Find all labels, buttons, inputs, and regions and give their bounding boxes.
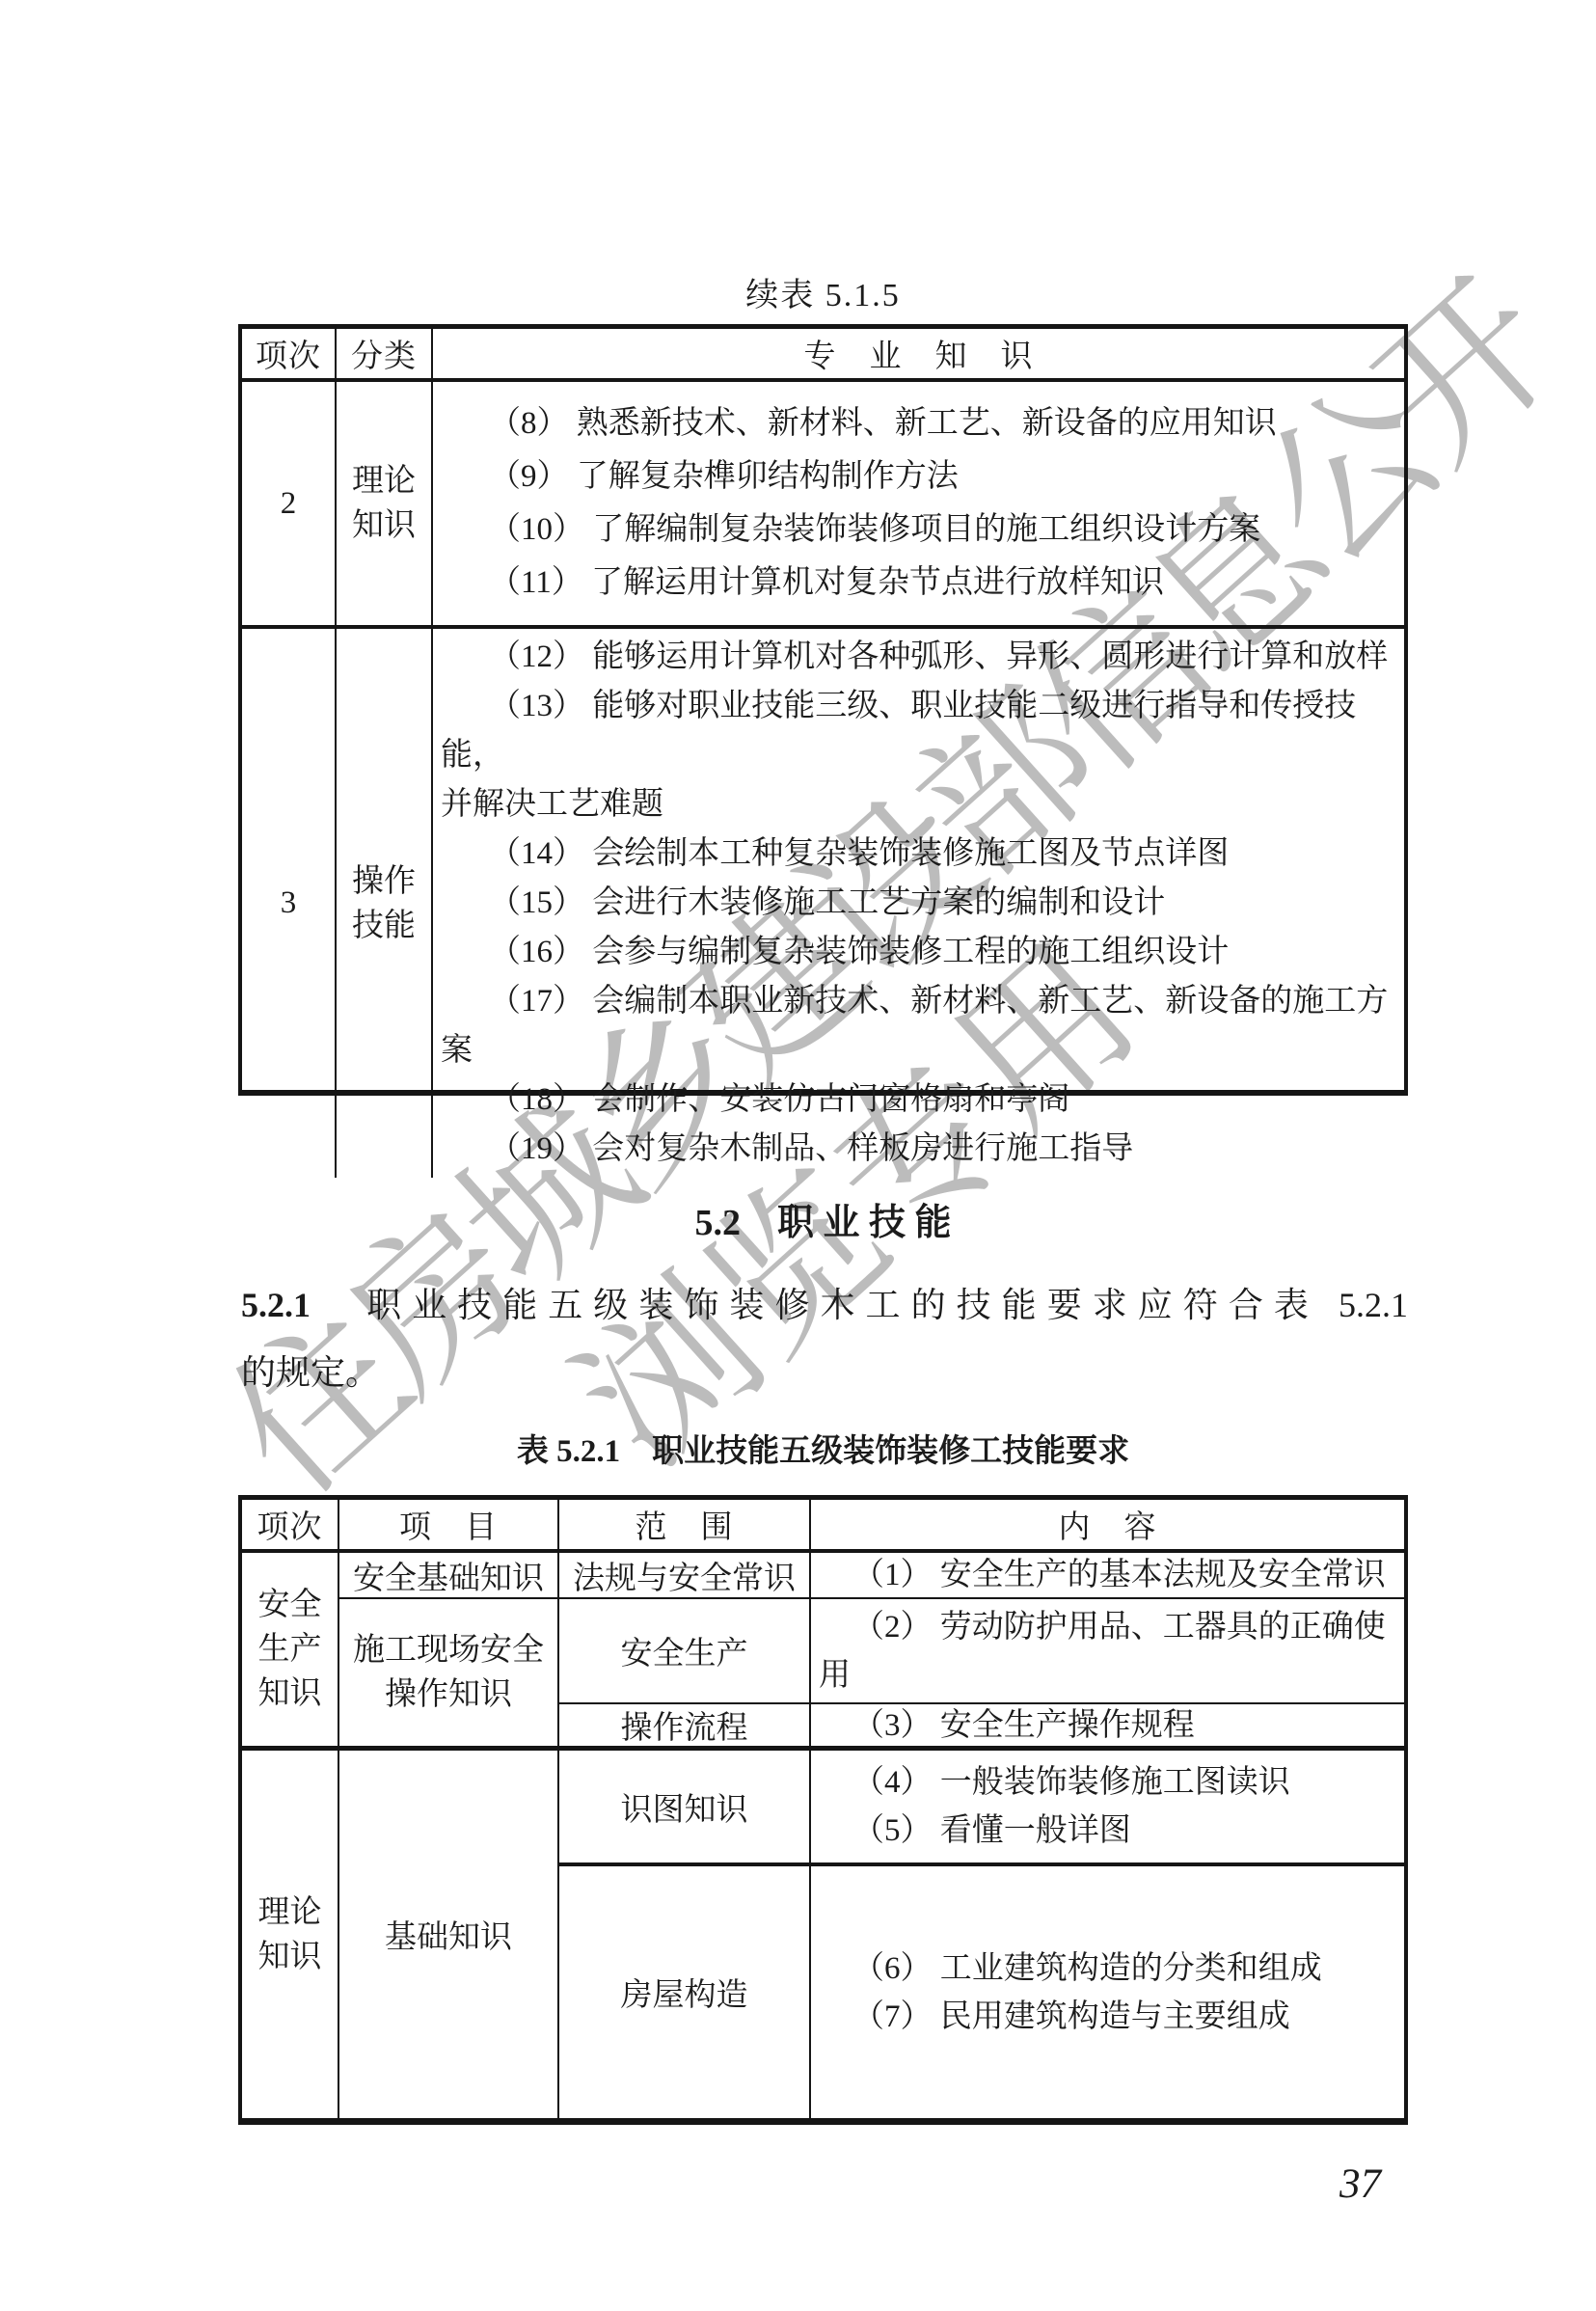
category-line: 知识: [352, 503, 416, 548]
skill-item: （18） 会制作、安装仿古门窗格扇和亭阁: [441, 1075, 1398, 1125]
row-safe-production-scope: 安全生产: [559, 1599, 811, 1704]
table-5-1-5: 项次 分类 专 业 知 识 2 理论 知识 （8） 熟悉新技术、新材料、新工艺、…: [238, 324, 1408, 1096]
content-item: （3） 安全生产操作规程: [819, 1701, 1398, 1750]
row-drawing-knowledge-scope: 识图知识: [559, 1751, 811, 1866]
row-safety-basics-content: （1） 安全生产的基本法规及安全常识: [811, 1553, 1404, 1599]
table1-header-knowledge: 专 业 知 识: [433, 329, 1404, 382]
knowledge-item: （9） 了解复杂榫卯结构制作方法: [441, 450, 1398, 503]
content-item: （2） 劳动防护用品、工器具的正确使用: [819, 1603, 1398, 1699]
skill-item-continuation: 并解决工艺难题: [441, 780, 1398, 829]
item-line: 操作知识: [385, 1672, 512, 1717]
skill-item: （13） 能够对职业技能三级、职业技能二级进行指导和传授技能，: [441, 682, 1398, 780]
continued-table-title: 续表 5.1.5: [238, 268, 1408, 315]
row-operation-flow-content: （3） 安全生产操作规程: [811, 1704, 1404, 1751]
table1-header-item-no: 项次: [242, 329, 337, 382]
content-item: （4） 一般装饰装修施工图读识: [819, 1758, 1398, 1807]
table1-row2-index: 2: [242, 382, 337, 629]
clause-5-2-1: 5.2.1 职业技能五级装饰装修木工的技能要求应符合表 5.2.1 的规定。: [241, 1271, 1408, 1406]
row-safe-production-content: （2） 劳动防护用品、工器具的正确使用: [811, 1599, 1404, 1704]
content-item: （1） 安全生产的基本法规及安全常识: [819, 1551, 1398, 1599]
table-5-2-1: 项次 项 目 范 围 内 容 安全 生产 知识 安全基础知识 法规与安全常识 （…: [238, 1495, 1408, 2125]
clause-number: 5.2.1: [241, 1286, 311, 1324]
content-item: （6） 工业建筑构造的分类和组成: [819, 1944, 1398, 1993]
category-line: 理论: [352, 459, 416, 503]
table1-row3-index: 3: [242, 629, 337, 1178]
clause-line-1: 5.2.1 职业技能五级装饰装修木工的技能要求应符合表 5.2.1: [241, 1271, 1408, 1339]
skill-item: （12） 能够运用计算机对各种弧形、异形、圆形进行计算和放样: [441, 633, 1398, 682]
table1-row2-category: 理论 知识: [337, 382, 433, 629]
skill-item: （16） 会参与编制复杂装饰装修工程的施工组织设计: [441, 928, 1398, 977]
row-building-structure-scope: 房屋构造: [559, 1866, 811, 2118]
clause-text: 职业技能五级装饰装修木工的技能要求应符合表 5.2.1: [311, 1286, 1408, 1324]
table1-row3-items: （12） 能够运用计算机对各种弧形、异形、圆形进行计算和放样 （13） 能够对职…: [433, 629, 1404, 1178]
document-page: 住房城乡建设部信息公开 浏览专用 续表 5.1.5 项次 分类 专 业 知 识 …: [0, 0, 1596, 2311]
group-label-line: 知识: [258, 1935, 322, 1979]
table1-row2-items: （8） 熟悉新技术、新材料、新工艺、新设备的应用知识 （9） 了解复杂榫卯结构制…: [433, 382, 1404, 629]
item-line: 施工现场安全: [353, 1628, 544, 1672]
knowledge-item: （10） 了解编制复杂装饰装修项目的施工组织设计方案: [441, 503, 1398, 557]
row-drawing-knowledge-content: （4） 一般装饰装修施工图读识 （5） 看懂一般详图: [811, 1751, 1404, 1866]
group-b-item: 基础知识: [339, 1751, 559, 2118]
table2-header-item-no: 项次: [242, 1500, 339, 1553]
row-safety-basics-item: 安全基础知识: [339, 1553, 559, 1599]
section-heading-5-2: 5.2 职 业 技 能: [238, 1192, 1408, 1245]
knowledge-item: （8） 熟悉新技术、新材料、新工艺、新设备的应用知识: [441, 397, 1398, 450]
knowledge-item: （11） 了解运用计算机对复杂节点进行放样知识: [441, 557, 1398, 610]
table2-header-content: 内 容: [811, 1500, 1404, 1553]
group-a-label: 安全 生产 知识: [242, 1553, 339, 1751]
category-line: 技能: [352, 904, 416, 948]
group-label-line: 理论: [258, 1890, 322, 1935]
table2-header-scope: 范 围: [559, 1500, 811, 1553]
row-safety-basics-scope: 法规与安全常识: [559, 1553, 811, 1599]
skill-item: （15） 会进行木装修施工工艺方案的编制和设计: [441, 879, 1398, 928]
row-building-structure-content: （6） 工业建筑构造的分类和组成 （7） 民用建筑构造与主要组成: [811, 1866, 1404, 2118]
row-site-safety-item: 施工现场安全 操作知识: [339, 1599, 559, 1751]
group-label-line: 生产: [258, 1627, 322, 1672]
group-b-label: 理论 知识: [242, 1751, 339, 2118]
content-item: （7） 民用建筑构造与主要组成: [819, 1993, 1398, 2041]
row-operation-flow-scope: 操作流程: [559, 1704, 811, 1751]
group-label-line: 安全: [258, 1583, 322, 1627]
table1-header-category: 分类: [337, 329, 433, 382]
category-line: 操作: [352, 859, 416, 904]
page-number: 37: [1339, 2161, 1381, 2208]
group-label-line: 知识: [258, 1672, 322, 1716]
skill-item: （17） 会编制本职业新技术、新材料、新工艺、新设备的施工方案: [441, 977, 1398, 1075]
table1-row3-category: 操作 技能: [337, 629, 433, 1178]
table2-header-item: 项 目: [339, 1500, 559, 1553]
content-item: （5） 看懂一般详图: [819, 1807, 1398, 1855]
clause-line-2: 的规定。: [241, 1339, 1408, 1406]
skill-item: （19） 会对复杂木制品、样板房进行施工指导: [441, 1125, 1398, 1174]
skill-item: （14） 会绘制本工种复杂装饰装修施工图及节点详图: [441, 829, 1398, 879]
table-5-2-1-title: 表 5.2.1 职业技能五级装饰装修工技能要求: [238, 1426, 1408, 1471]
